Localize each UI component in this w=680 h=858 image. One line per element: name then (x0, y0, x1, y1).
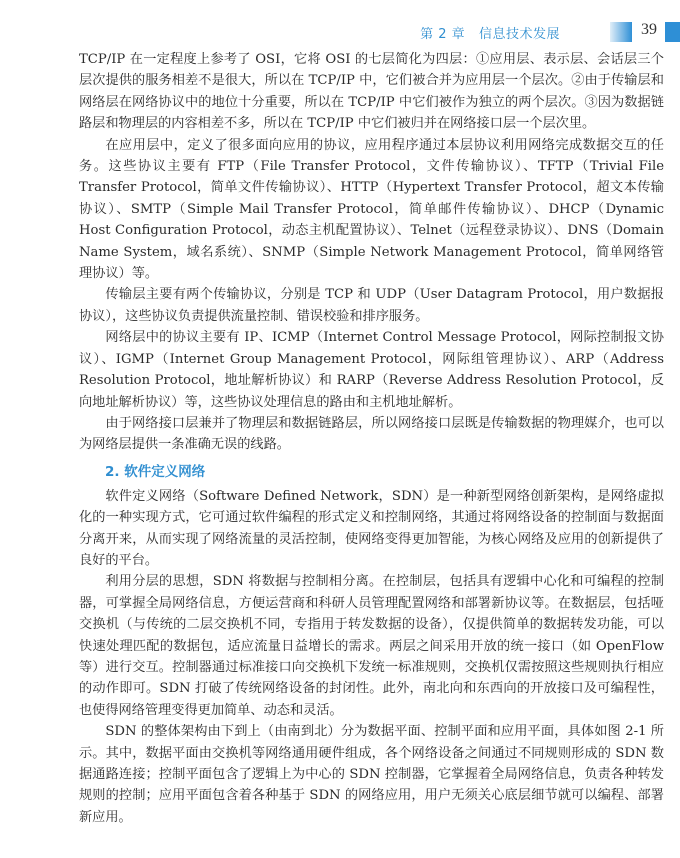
paragraph-sdn-architecture: SDN 的整体架构由下到上（由南到北）分为数据平面、控制平面和应用平面，具体如图… (79, 721, 664, 828)
paragraph-application-layer: 在应用层中，定义了很多面向应用的协议，应用程序通过本层协议利用网络完成数据交互的… (79, 135, 664, 285)
paragraph-network-interface-layer: 由于网络接口层兼并了物理层和数据链路层，所以网络接口层既是传输数据的物理媒介，也… (79, 413, 664, 456)
chapter-title: 第 2 章 信息技术发展 (420, 23, 560, 42)
page-header: 第 2 章 信息技术发展 39 (0, 18, 680, 44)
header-edge-tab (665, 22, 680, 42)
section-heading-sdn: 2. 软件定义网络 (105, 460, 664, 484)
paragraph-tcpip-layers: TCP/IP 在一定程度上参考了 OSI，它将 OSI 的七层简化为四层：①应用… (79, 49, 664, 135)
page-body: TCP/IP 在一定程度上参考了 OSI，它将 OSI 的七层简化为四层：①应用… (79, 49, 664, 828)
header-accent-block (610, 22, 632, 42)
page-number: 39 (641, 21, 657, 39)
paragraph-sdn-layering: 利用分层的思想，SDN 将数据与控制相分离。在控制层，包括具有逻辑中心化和可编程… (79, 571, 664, 721)
paragraph-network-layer: 网络层中的协议主要有 IP、ICMP（Internet Control Mess… (79, 327, 664, 413)
paragraph-transport-layer: 传输层主要有两个传输协议，分别是 TCP 和 UDP（User Datagram… (79, 284, 664, 327)
paragraph-sdn-definition: 软件定义网络（Software Defined Network，SDN）是一种新… (79, 486, 664, 572)
